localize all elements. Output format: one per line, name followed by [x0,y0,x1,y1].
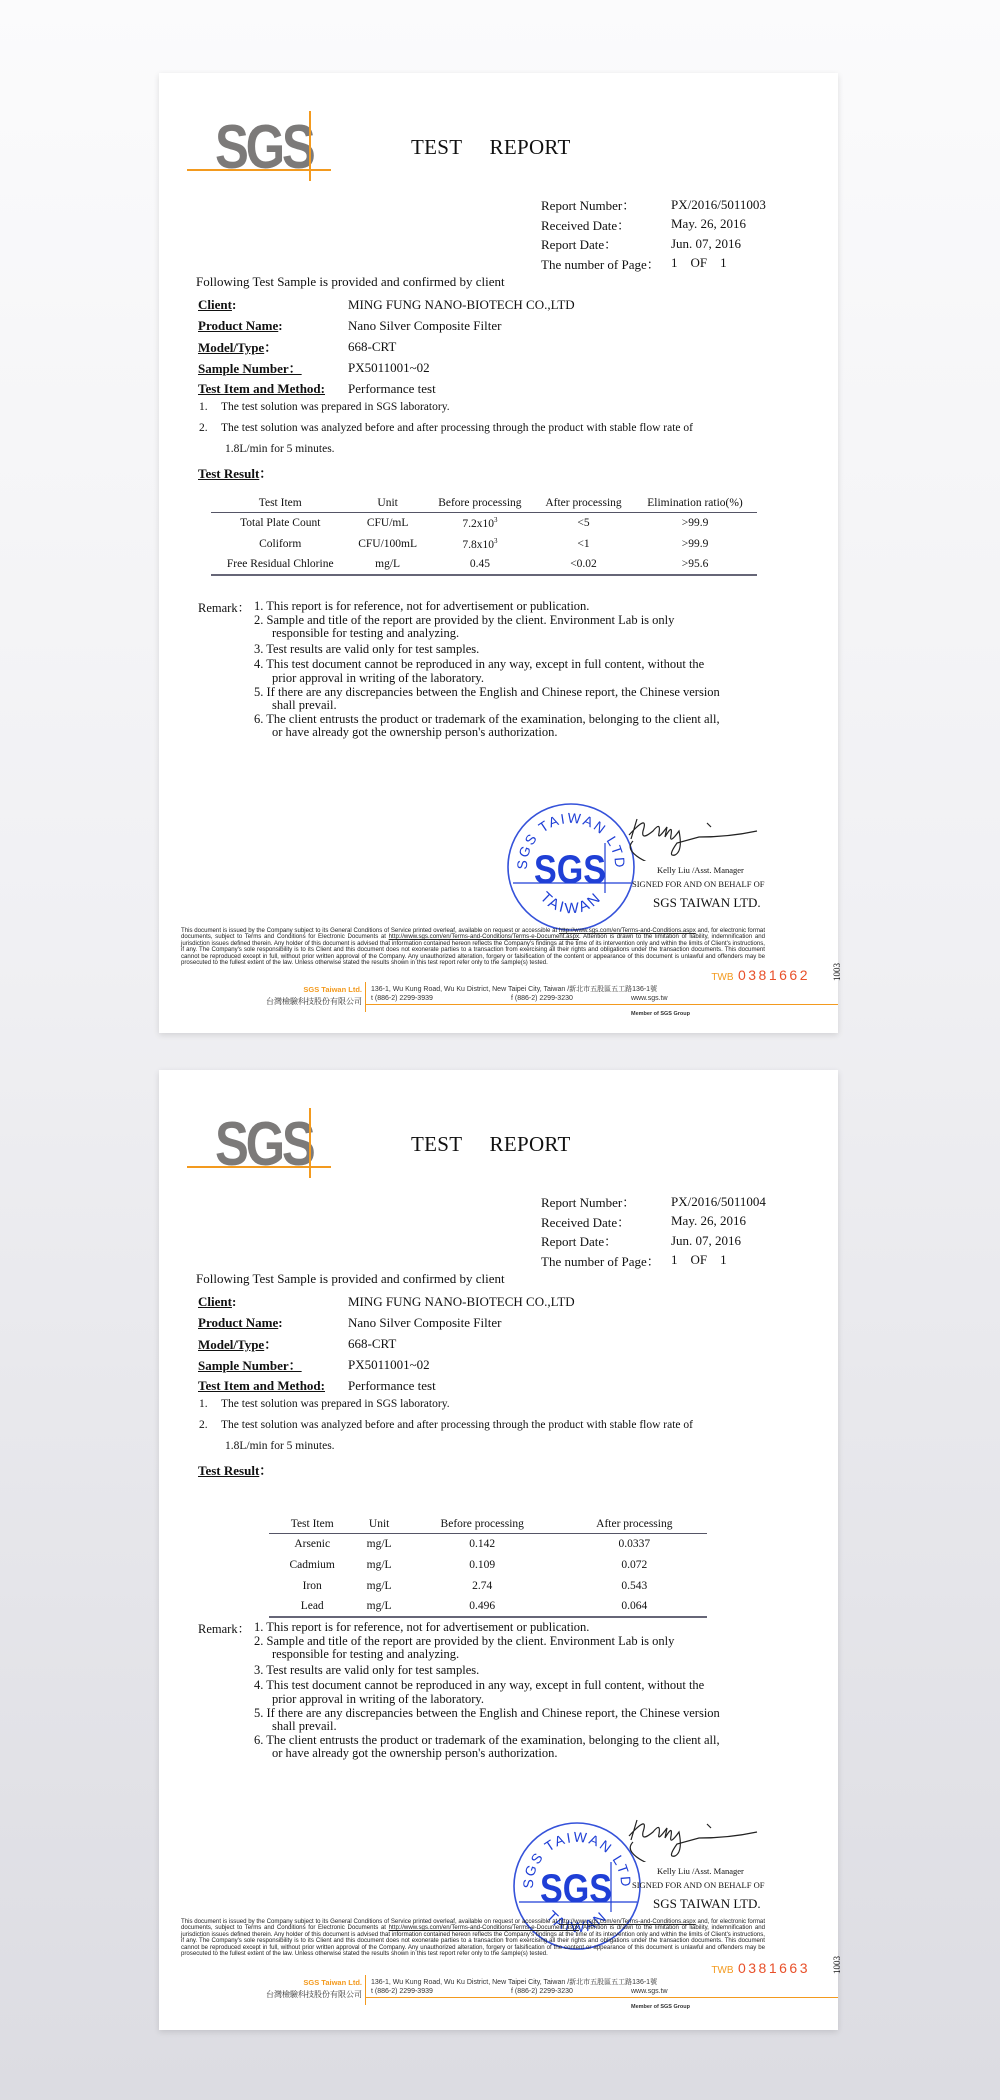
meta-row: The number of Page：1 OF 1 [541,254,766,274]
meta-row: Report Date：Jun. 07, 2016 [541,1231,766,1251]
svg-text:SGS: SGS [540,1867,612,1911]
table-header-row: Test ItemUnitBefore processingAfter proc… [211,494,757,512]
footer-divider [365,1004,838,1005]
page-footer: SGS Taiwan Ltd. 台灣檢驗科技股份有限公司 136-1, Wu K… [159,981,838,1041]
footer-company-en: SGS Taiwan Ltd. [303,985,362,994]
sample-fields: Client:MING FUNG NANO-BIOTECH CO.,LTDPro… [198,295,575,399]
svg-text:SGS: SGS [534,848,606,892]
table-cell: mg/L [355,1596,402,1617]
field-label: Model/Type： [198,337,348,356]
footer-phone: t (886-2) 2299-3939 [371,1988,433,1995]
remark-item: 2. Sample and title of the report are pr… [254,1635,774,1662]
logo-line [309,111,311,181]
test-result-table: Test ItemUnitBefore processingAfter proc… [269,1515,707,1618]
table-cell: Arsenic [269,1533,355,1554]
terms-link[interactable]: http://www.sgs.com/en/Terms-and-Conditio… [559,927,696,934]
test-result-label: Test Result： [198,463,272,482]
meta-value: 1 OF 1 [671,1252,727,1268]
column-header: Test Item [211,494,349,512]
field-label: Product Name: [198,1315,348,1331]
intro-text: Following Test Sample is provided and co… [196,274,505,290]
table-cell: Cadmium [269,1554,355,1575]
field-row: Sample Number：PX5011001~02 [198,357,575,378]
side-number: 1003 [832,1956,842,1974]
note-continuation: 1.8L/min for 5 minutes. [199,443,693,464]
column-header: Before processing [426,494,534,512]
test-notes: 1.The test solution was prepared in SGS … [199,1398,693,1461]
signer-name: Kelly Liu /Asst. Manager [657,865,744,875]
meta-label: Report Date： [541,1231,671,1250]
table-row: Arsenicmg/L0.1420.0337 [269,1533,707,1554]
field-label: Model/Type： [198,1334,348,1353]
field-row: Product Name:Nano Silver Composite Filte… [198,316,575,337]
meta-value: Jun. 07, 2016 [671,1233,741,1249]
svg-text:TAIWAN: TAIWAN [537,889,606,918]
meta-label: The number of Page： [541,254,671,273]
footer-fax: f (886-2) 2299-3230 [511,995,573,1002]
footer-phone: t (886-2) 2299-3939 [371,995,433,1002]
remark-item: 5. If there are any discrepancies betwee… [254,686,774,713]
field-row: Test Item and Method:Performance test [198,1375,575,1396]
field-label: Product Name: [198,318,348,334]
field-row: Sample Number：PX5011001~02 [198,1354,575,1375]
page-title: TEST REPORT [411,135,571,160]
table-row: Cadmiummg/L0.1090.072 [269,1554,707,1575]
field-label: Test Item and Method: [198,1378,348,1394]
table-cell: Lead [269,1596,355,1617]
remark-item: 2. Sample and title of the report are pr… [254,614,774,641]
meta-value: 1 OF 1 [671,255,727,271]
sgs-stamp-icon: SGS TAIWAN LTD TAIWAN SGS [505,801,637,933]
footer-member: Member of SGS Group [631,1011,690,1017]
table-cell: mg/L [355,1554,402,1575]
table-cell: 7.2x103 [426,512,534,533]
intro-text: Following Test Sample is provided and co… [196,1271,505,1287]
signer-name: Kelly Liu /Asst. Manager [657,1866,744,1876]
field-label: Client: [198,1294,348,1310]
signed-for-label: SIGNED FOR AND ON BEHALF OF [632,879,764,889]
meta-value: May. 26, 2016 [671,216,746,232]
table-cell: 0.496 [403,1596,562,1617]
remark-item: 4. This test document cannot be reproduc… [254,658,774,685]
table-cell: 0.072 [562,1554,707,1575]
remark-list: 1. This report is for reference, not for… [254,1621,774,1761]
remark-item: 1. This report is for reference, not for… [254,1621,774,1635]
field-value: MING FUNG NANO-BIOTECH CO.,LTD [348,297,575,313]
note-item: 1.The test solution was prepared in SGS … [199,401,693,422]
field-label: Sample Number： [198,1355,348,1374]
remark-item: 3. Test results are valid only for test … [254,1664,774,1678]
legal-disclaimer: This document is issued by the Company s… [181,1919,765,1957]
table-cell: CFU/mL [349,512,425,533]
footer-divider [365,1975,366,2005]
table-cell: 0.45 [426,554,534,575]
field-row: Client:MING FUNG NANO-BIOTECH CO.,LTD [198,295,575,316]
field-value: PX5011001~02 [348,360,430,376]
page-title: TEST REPORT [411,1132,571,1157]
meta-label: The number of Page： [541,1251,671,1270]
table-cell: Total Plate Count [211,512,349,533]
table-cell: mg/L [349,554,425,575]
signature-icon [619,1812,759,1862]
field-row: Product Name:Nano Silver Composite Filte… [198,1313,575,1334]
table-cell: 0.064 [562,1596,707,1617]
field-row: Test Item and Method:Performance test [198,378,575,399]
table-cell: 0.0337 [562,1533,707,1554]
sgs-logo: SGS [187,111,327,191]
footer-company-zh: 台灣檢驗科技股份有限公司 [266,996,362,1007]
table-row: Free Residual Chlorinemg/L0.45<0.02>95.6 [211,554,757,575]
field-label: Client: [198,297,348,313]
note-item: 1.The test solution was prepared in SGS … [199,1398,693,1419]
table-cell: >95.6 [633,554,757,575]
table-cell: >99.9 [633,533,757,554]
meta-row: The number of Page：1 OF 1 [541,1251,766,1271]
field-row: Model/Type：668-CRT [198,337,575,358]
field-value: Nano Silver Composite Filter [348,1315,501,1331]
meta-label: Report Number： [541,195,671,214]
field-value: PX5011001~02 [348,1357,430,1373]
remark-item: 6. The client entrusts the product or tr… [254,1734,774,1761]
meta-label: Report Number： [541,1192,671,1211]
table-cell: 7.8x103 [426,533,534,554]
meta-value: Jun. 07, 2016 [671,236,741,252]
field-label: Test Item and Method: [198,381,348,397]
footer-company-zh: 台灣檢驗科技股份有限公司 [266,1989,362,2000]
column-header: Unit [349,494,425,512]
table-header-row: Test ItemUnitBefore processingAfter proc… [269,1515,707,1533]
signed-company: SGS TAIWAN LTD. [653,895,761,911]
test-result-table: Test ItemUnitBefore processingAfter proc… [211,494,757,576]
table-cell: 2.74 [403,1575,562,1596]
report-meta: Report Number：PX/2016/5011004 Received D… [541,1192,766,1270]
table-cell: <1 [534,533,633,554]
report-meta: Report Number：PX/2016/5011003 Received D… [541,195,766,273]
test-notes: 1.The test solution was prepared in SGS … [199,401,693,464]
meta-label: Received Date： [541,1212,671,1231]
table-cell: <5 [534,512,633,533]
meta-row: Report Number：PX/2016/5011004 [541,1192,766,1212]
field-value: Performance test [348,381,436,397]
meta-row: Report Number：PX/2016/5011003 [541,195,766,215]
terms-link[interactable]: http://www.sgs.com/en/Terms-and-Conditio… [389,933,579,940]
signature-icon [619,811,759,861]
signed-for-label: SIGNED FOR AND ON BEHALF OF [632,1880,764,1890]
meta-label: Report Date： [541,234,671,253]
footer-website[interactable]: www.sgs.tw [631,995,668,1002]
table-cell: Free Residual Chlorine [211,554,349,575]
remark-item: 3. Test results are valid only for test … [254,643,774,657]
field-value: Performance test [348,1378,436,1394]
footer-address: 136-1, Wu Kung Road, Wu Ku District, New… [371,984,657,994]
test-result-label: Test Result： [198,1460,272,1479]
meta-row: Received Date：May. 26, 2016 [541,1212,766,1232]
meta-value: PX/2016/5011004 [671,1194,766,1210]
table-cell: Coliform [211,533,349,554]
remark-item: 1. This report is for reference, not for… [254,600,774,614]
side-number: 1003 [832,963,842,981]
footer-member: Member of SGS Group [631,2004,690,2010]
table-row: Total Plate CountCFU/mL7.2x103<5>99.9 [211,512,757,533]
meta-value: PX/2016/5011003 [671,197,766,213]
remark-label: Remark： [198,602,248,616]
meta-label: Received Date： [541,215,671,234]
sample-fields: Client:MING FUNG NANO-BIOTECH CO.,LTDPro… [198,1292,575,1396]
logo-line [309,1108,311,1178]
remark-label: Remark： [198,1623,248,1637]
table-row: Leadmg/L0.4960.064 [269,1596,707,1617]
table-cell: 0.142 [403,1533,562,1554]
footer-divider [365,1997,838,1998]
table-cell: Iron [269,1575,355,1596]
terms-link[interactable]: http://www.sgs.com/en/Terms-and-Conditio… [389,1924,579,1931]
remark-item: 4. This test document cannot be reproduc… [254,1679,774,1706]
table-row: ColiformCFU/100mL7.8x103<1>99.9 [211,533,757,554]
field-label: Sample Number： [198,358,348,377]
legal-disclaimer: This document is issued by the Company s… [181,928,765,966]
remark-list: 1. This report is for reference, not for… [254,600,774,740]
remark-item: 5. If there are any discrepancies betwee… [254,1707,774,1734]
table-cell: >99.9 [633,512,757,533]
field-value: MING FUNG NANO-BIOTECH CO.,LTD [348,1294,575,1310]
field-value: 668-CRT [348,339,396,355]
table-cell: <0.02 [534,554,633,575]
column-header: After processing [534,494,633,512]
column-header: Elimination ratio(%) [633,494,757,512]
column-header: Before processing [403,1515,562,1533]
meta-row: Received Date：May. 26, 2016 [541,215,766,235]
field-value: Nano Silver Composite Filter [348,318,501,334]
meta-value: May. 26, 2016 [671,1213,746,1229]
signed-company: SGS TAIWAN LTD. [653,1896,761,1912]
footer-address: 136-1, Wu Kung Road, Wu Ku District, New… [371,1977,657,1987]
footer-divider [365,982,366,1012]
table-cell: 0.543 [562,1575,707,1596]
field-value: 668-CRT [348,1336,396,1352]
table-row: Ironmg/L2.740.543 [269,1575,707,1596]
remark-item: 6. The client entrusts the product or tr… [254,713,774,740]
report-page: SGS TEST REPORT Report Number：PX/2016/50… [159,73,838,1033]
field-row: Client:MING FUNG NANO-BIOTECH CO.,LTD [198,1292,575,1313]
terms-link[interactable]: http://www.sgs.com/en/Terms-and-Conditio… [559,1918,696,1925]
footer-fax: f (886-2) 2299-3230 [511,1988,573,1995]
sgs-logo: SGS [187,1108,327,1188]
note-item: 2.The test solution was analyzed before … [199,422,693,443]
field-row: Model/Type：668-CRT [198,1334,575,1355]
report-page: SGS TEST REPORT Report Number：PX/2016/50… [159,1070,838,2030]
column-header: Test Item [269,1515,355,1533]
note-continuation: 1.8L/min for 5 minutes. [199,1440,693,1461]
table-cell: mg/L [355,1533,402,1554]
table-cell: 0.109 [403,1554,562,1575]
column-header: After processing [562,1515,707,1533]
table-cell: mg/L [355,1575,402,1596]
meta-row: Report Date：Jun. 07, 2016 [541,234,766,254]
column-header: Unit [355,1515,402,1533]
table-cell: CFU/100mL [349,533,425,554]
note-item: 2.The test solution was analyzed before … [199,1419,693,1440]
footer-company-en: SGS Taiwan Ltd. [303,1978,362,1987]
footer-website[interactable]: www.sgs.tw [631,1988,668,1995]
page-footer: SGS Taiwan Ltd. 台灣檢驗科技股份有限公司 136-1, Wu K… [159,1974,838,2034]
